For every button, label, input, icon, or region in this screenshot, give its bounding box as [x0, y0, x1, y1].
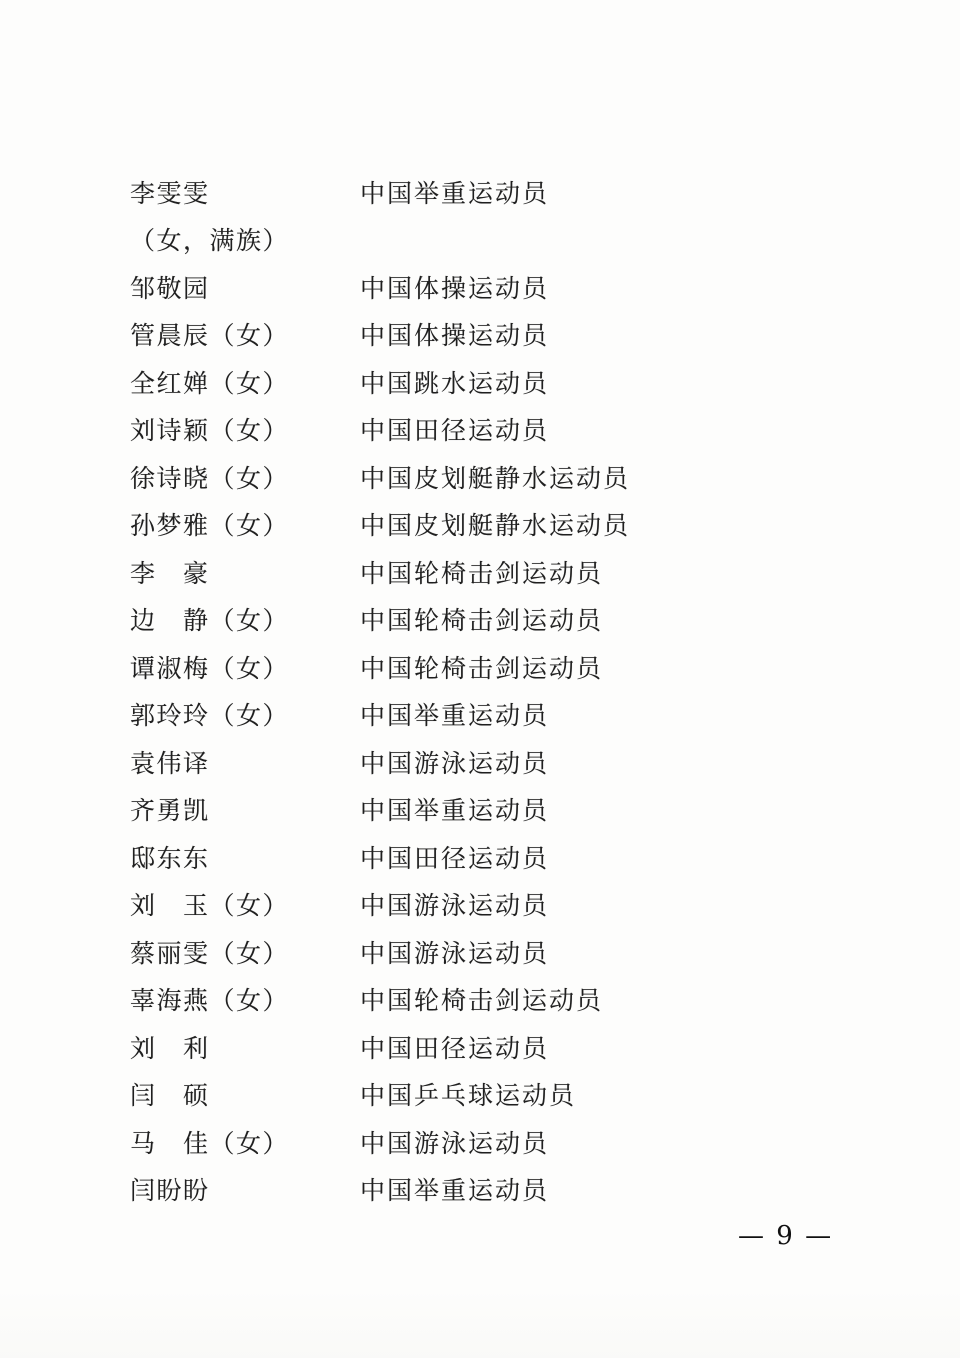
athlete-row: 邹敬园 中国体操运动员: [0, 263, 960, 311]
athlete-row: 辜海燕（女） 中国轮椅击剑运动员: [0, 976, 960, 1024]
document-page: 李雯雯 中国举重运动员 （女，满族） 邹敬园 中国体操运动员 管晨辰（女） 中国…: [0, 0, 960, 1358]
athlete-name: 孙梦雅（女）: [130, 506, 360, 542]
athlete-row: 孙梦雅（女） 中国皮划艇静水运动员: [0, 501, 960, 549]
athlete-title: 中国田径运动员: [360, 411, 549, 447]
athlete-title: 中国轮椅击剑运动员: [360, 601, 603, 637]
athlete-title: 中国轮椅击剑运动员: [360, 554, 603, 590]
athlete-row: 郭玲玲（女） 中国举重运动员: [0, 691, 960, 739]
athlete-row: 徐诗晓（女） 中国皮划艇静水运动员: [0, 453, 960, 501]
athlete-name: 闫 硕: [130, 1076, 360, 1112]
athlete-row: 李雯雯 中国举重运动员: [0, 168, 960, 216]
athlete-name: 袁伟译: [130, 744, 360, 780]
athlete-name: 管晨辰（女）: [130, 316, 360, 352]
athlete-row: 刘 玉（女） 中国游泳运动员: [0, 881, 960, 929]
athlete-name: 全红婵（女）: [130, 364, 360, 400]
athlete-name: 刘诗颖（女）: [130, 411, 360, 447]
athlete-name: 边 静（女）: [130, 601, 360, 637]
athlete-name: 谭淑梅（女）: [130, 649, 360, 685]
athlete-title: 中国轮椅击剑运动员: [360, 649, 603, 685]
athlete-row: 闫 硕 中国乒乓球运动员: [0, 1071, 960, 1119]
athlete-row: 管晨辰（女） 中国体操运动员: [0, 311, 960, 359]
athlete-name: 李雯雯: [130, 174, 360, 210]
athlete-title: 中国田径运动员: [360, 839, 549, 875]
athlete-note-row: （女，满族）: [0, 216, 960, 264]
athlete-title: 中国体操运动员: [360, 316, 549, 352]
athlete-title: 中国皮划艇静水运动员: [360, 459, 630, 495]
athlete-name: 齐勇凯: [130, 791, 360, 827]
athlete-name: 闫盼盼: [130, 1171, 360, 1207]
athlete-title: 中国游泳运动员: [360, 744, 549, 780]
athlete-row: 马 佳（女） 中国游泳运动员: [0, 1118, 960, 1166]
athlete-name: 刘 利: [130, 1029, 360, 1065]
athlete-row: 谭淑梅（女） 中国轮椅击剑运动员: [0, 643, 960, 691]
athlete-title: 中国乒乓球运动员: [360, 1076, 576, 1112]
athlete-row: 闫盼盼 中国举重运动员: [0, 1166, 960, 1214]
athlete-row: 袁伟译 中国游泳运动员: [0, 738, 960, 786]
athlete-title: 中国游泳运动员: [360, 1124, 549, 1160]
athlete-row: 刘诗颖（女） 中国田径运动员: [0, 406, 960, 454]
athlete-name: 蔡丽雯（女）: [130, 934, 360, 970]
athlete-row: 全红婵（女） 中国跳水运动员: [0, 358, 960, 406]
athlete-name: 徐诗晓（女）: [130, 459, 360, 495]
athlete-title: 中国举重运动员: [360, 696, 549, 732]
athlete-row: 齐勇凯 中国举重运动员: [0, 786, 960, 834]
athlete-title: 中国举重运动员: [360, 174, 549, 210]
athlete-name: 郭玲玲（女）: [130, 696, 360, 732]
athlete-name: 刘 玉（女）: [130, 886, 360, 922]
athlete-title: 中国皮划艇静水运动员: [360, 506, 630, 542]
athlete-title: 中国举重运动员: [360, 1171, 549, 1207]
athlete-title: 中国轮椅击剑运动员: [360, 981, 603, 1017]
athlete-title: 中国跳水运动员: [360, 364, 549, 400]
athlete-title: 中国游泳运动员: [360, 934, 549, 970]
athlete-title: 中国体操运动员: [360, 269, 549, 305]
athlete-row: 李 豪 中国轮椅击剑运动员: [0, 548, 960, 596]
athlete-name: 邹敬园: [130, 269, 360, 305]
athlete-title: 中国游泳运动员: [360, 886, 549, 922]
athlete-title: 中国田径运动员: [360, 1029, 549, 1065]
athlete-list: 李雯雯 中国举重运动员 （女，满族） 邹敬园 中国体操运动员 管晨辰（女） 中国…: [0, 168, 960, 1213]
athlete-row: 边 静（女） 中国轮椅击剑运动员: [0, 596, 960, 644]
athlete-name-note: （女，满族）: [130, 221, 360, 257]
athlete-title: 中国举重运动员: [360, 791, 549, 827]
athlete-name: 马 佳（女）: [130, 1124, 360, 1160]
athlete-name: 邸东东: [130, 839, 360, 875]
athlete-row: 蔡丽雯（女） 中国游泳运动员: [0, 928, 960, 976]
athlete-name: 辜海燕（女）: [130, 981, 360, 1017]
athlete-name: 李 豪: [130, 554, 360, 590]
athlete-row: 刘 利 中国田径运动员: [0, 1023, 960, 1071]
page-number: — 9 —: [738, 1221, 833, 1251]
athlete-row: 邸东东 中国田径运动员: [0, 833, 960, 881]
